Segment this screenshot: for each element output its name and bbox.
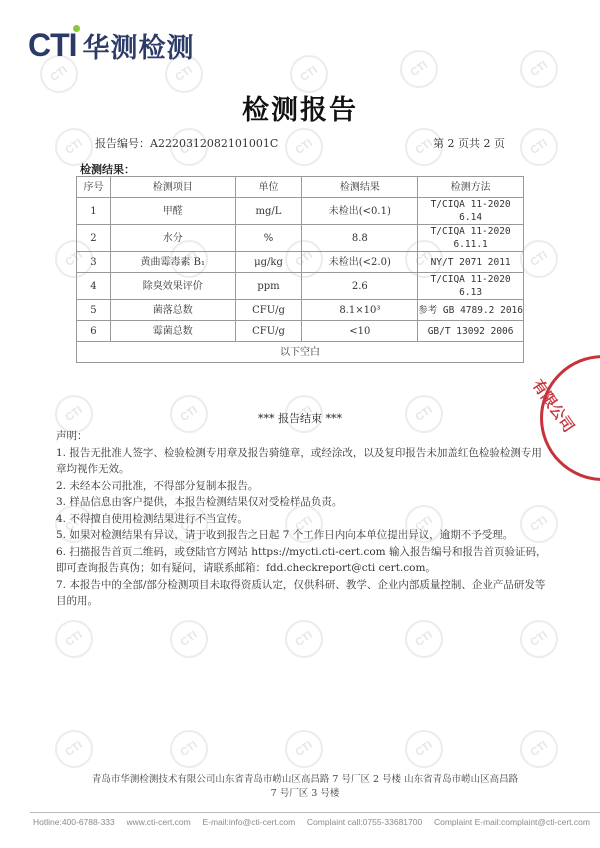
cti-watermark-icon: CTI [513, 723, 566, 776]
cell-method: 参考 GB 4789.2 2016 [418, 300, 524, 321]
header-item: 检测项目 [110, 177, 235, 198]
cell-no: 3 [77, 252, 111, 273]
footer-complaint-call: Complaint call:0755-33681700 [307, 817, 422, 827]
report-number: 报告编号：A2220312082101001C [95, 135, 278, 151]
footer-contacts: Hotline:400-6788-333 www.cti-cert.com E-… [33, 817, 590, 827]
report-number-value: A2220312082101001C [150, 137, 278, 150]
logo-dot-icon [73, 25, 80, 32]
header-result: 检测结果 [302, 177, 418, 198]
company-address: 青岛市华测检测技术有限公司山东省青岛市崂山区高昌路 7 号厂区 2 号楼 山东省… [90, 773, 520, 801]
cell-result: 未检出(<2.0) [302, 252, 418, 273]
cell-item: 除臭效果评价 [110, 273, 235, 300]
cti-watermark-icon: CTI [163, 613, 216, 666]
cell-no: 6 [77, 321, 111, 342]
section-label: 检测结果： [80, 161, 135, 177]
header-unit: 单位 [235, 177, 302, 198]
cti-watermark-icon: CTI [278, 723, 331, 776]
header-method: 检测方法 [418, 177, 524, 198]
table-row: 4 除臭效果评价 ppm 2.6 T/CIQA 11-20206.13 [77, 273, 524, 300]
blank-note: 以下空白 [77, 342, 524, 363]
cell-item: 甲醛 [110, 198, 235, 225]
footer-divider [30, 812, 600, 813]
logo-chinese: 华测检测 [83, 26, 195, 65]
cti-watermark-icon: CTI [513, 121, 566, 174]
cell-result: 2.6 [302, 273, 418, 300]
company-logo: CTI 华测检测 [28, 26, 195, 65]
statement-item: 1. 报告无批准人签字、检验检测专用章及报告骑缝章，或经涂改，以及复印报告未加盖… [56, 445, 552, 478]
cell-no: 5 [77, 300, 111, 321]
cell-unit: CFU/g [235, 300, 302, 321]
statement-item: 6. 扫描报告首页二维码，或登陆官方网站 https://mycti.cti-c… [56, 544, 552, 577]
cell-unit: mg/L [235, 198, 302, 225]
method-line: T/CIQA 11-2020 [418, 273, 523, 286]
cell-result: <10 [302, 321, 418, 342]
report-number-label: 报告编号： [95, 137, 150, 150]
table-row: 2 水分 % 8.8 T/CIQA 11-20206.11.1 [77, 225, 524, 252]
cti-watermark-icon: CTI [398, 723, 451, 776]
method-clause: 6.13 [418, 286, 523, 299]
cell-item: 霉菌总数 [110, 321, 235, 342]
cell-unit: CFU/g [235, 321, 302, 342]
results-table: 序号 检测项目 单位 检测结果 检测方法 1 甲醛 mg/L 未检出(<0.1)… [76, 176, 524, 363]
cell-method: NY/T 2071 2011 [418, 252, 524, 273]
cell-no: 4 [77, 273, 111, 300]
table-row: 1 甲醛 mg/L 未检出(<0.1) T/CIQA 11-20206.14 [77, 198, 524, 225]
cell-method: T/CIQA 11-20206.14 [418, 198, 524, 225]
cti-watermark-icon: CTI [278, 613, 331, 666]
cti-watermark-icon: CTI [48, 723, 101, 776]
method-clause: 6.14 [418, 211, 523, 224]
cell-method: GB/T 13092 2006 [418, 321, 524, 342]
footer-complaint-email[interactable]: Complaint E-mail:complaint@cti-cert.com [434, 817, 590, 827]
statement-title: 声明： [56, 428, 552, 445]
cell-no: 1 [77, 198, 111, 225]
cell-item: 菌落总数 [110, 300, 235, 321]
statement-item: 4. 不得擅自使用检测结果进行不当宣传。 [56, 511, 552, 528]
cti-watermark-icon: CTI [513, 613, 566, 666]
page-info: 第 2 页共 2 页 [433, 135, 505, 151]
table-row: 5 菌落总数 CFU/g 8.1×10³ 参考 GB 4789.2 2016 [77, 300, 524, 321]
statement-item: 2. 未经本公司批准，不得部分复制本报告。 [56, 478, 552, 495]
table-row: 6 霉菌总数 CFU/g <10 GB/T 13092 2006 [77, 321, 524, 342]
logo-latin-text: CTI [28, 27, 77, 63]
blank-note-row: 以下空白 [77, 342, 524, 363]
cell-item: 黄曲霉毒素 B₁ [110, 252, 235, 273]
cti-watermark-icon: CTI [398, 613, 451, 666]
footer-email[interactable]: E-mail:info@cti-cert.com [202, 817, 295, 827]
cell-unit: % [235, 225, 302, 252]
cti-watermark-icon: CTI [163, 723, 216, 776]
cell-result: 未检出(<0.1) [302, 198, 418, 225]
method-line: T/CIQA 11-2020 [418, 225, 523, 238]
method-line: T/CIQA 11-2020 [418, 198, 523, 211]
statement-section: 声明： 1. 报告无批准人签字、检验检测专用章及报告骑缝章，或经涂改，以及复印报… [56, 428, 552, 610]
table-header-row: 序号 检测项目 单位 检测结果 检测方法 [77, 177, 524, 198]
cell-result: 8.1×10³ [302, 300, 418, 321]
table-row: 3 黄曲霉毒素 B₁ μg/kg 未检出(<2.0) NY/T 2071 201… [77, 252, 524, 273]
report-meta: 报告编号：A2220312082101001C 第 2 页共 2 页 [95, 135, 505, 151]
cell-unit: μg/kg [235, 252, 302, 273]
logo-latin: CTI [28, 27, 77, 64]
statement-item: 7. 本报告中的全部/部分检测项目未取得资质认定，仅供科研、教学、企业内部质量控… [56, 577, 552, 610]
page-title: 检测报告 [0, 88, 600, 127]
report-end-marker: *** 报告结束 *** [0, 410, 600, 426]
cti-watermark-icon: CTI [48, 613, 101, 666]
cell-unit: ppm [235, 273, 302, 300]
header-no: 序号 [77, 177, 111, 198]
cell-no: 2 [77, 225, 111, 252]
statement-item: 3. 样品信息由客户提供，本报告检测结果仅对受检样品负责。 [56, 494, 552, 511]
footer-website[interactable]: www.cti-cert.com [127, 817, 191, 827]
cell-method: T/CIQA 11-20206.13 [418, 273, 524, 300]
statement-item: 5. 如果对检测结果有异议，请于收到报告之日起 7 个工作日内向本单位提出异议，… [56, 527, 552, 544]
footer-hotline: Hotline:400-6788-333 [33, 817, 115, 827]
cell-result: 8.8 [302, 225, 418, 252]
cell-method: T/CIQA 11-20206.11.1 [418, 225, 524, 252]
cell-item: 水分 [110, 225, 235, 252]
method-clause: 6.11.1 [418, 238, 523, 251]
